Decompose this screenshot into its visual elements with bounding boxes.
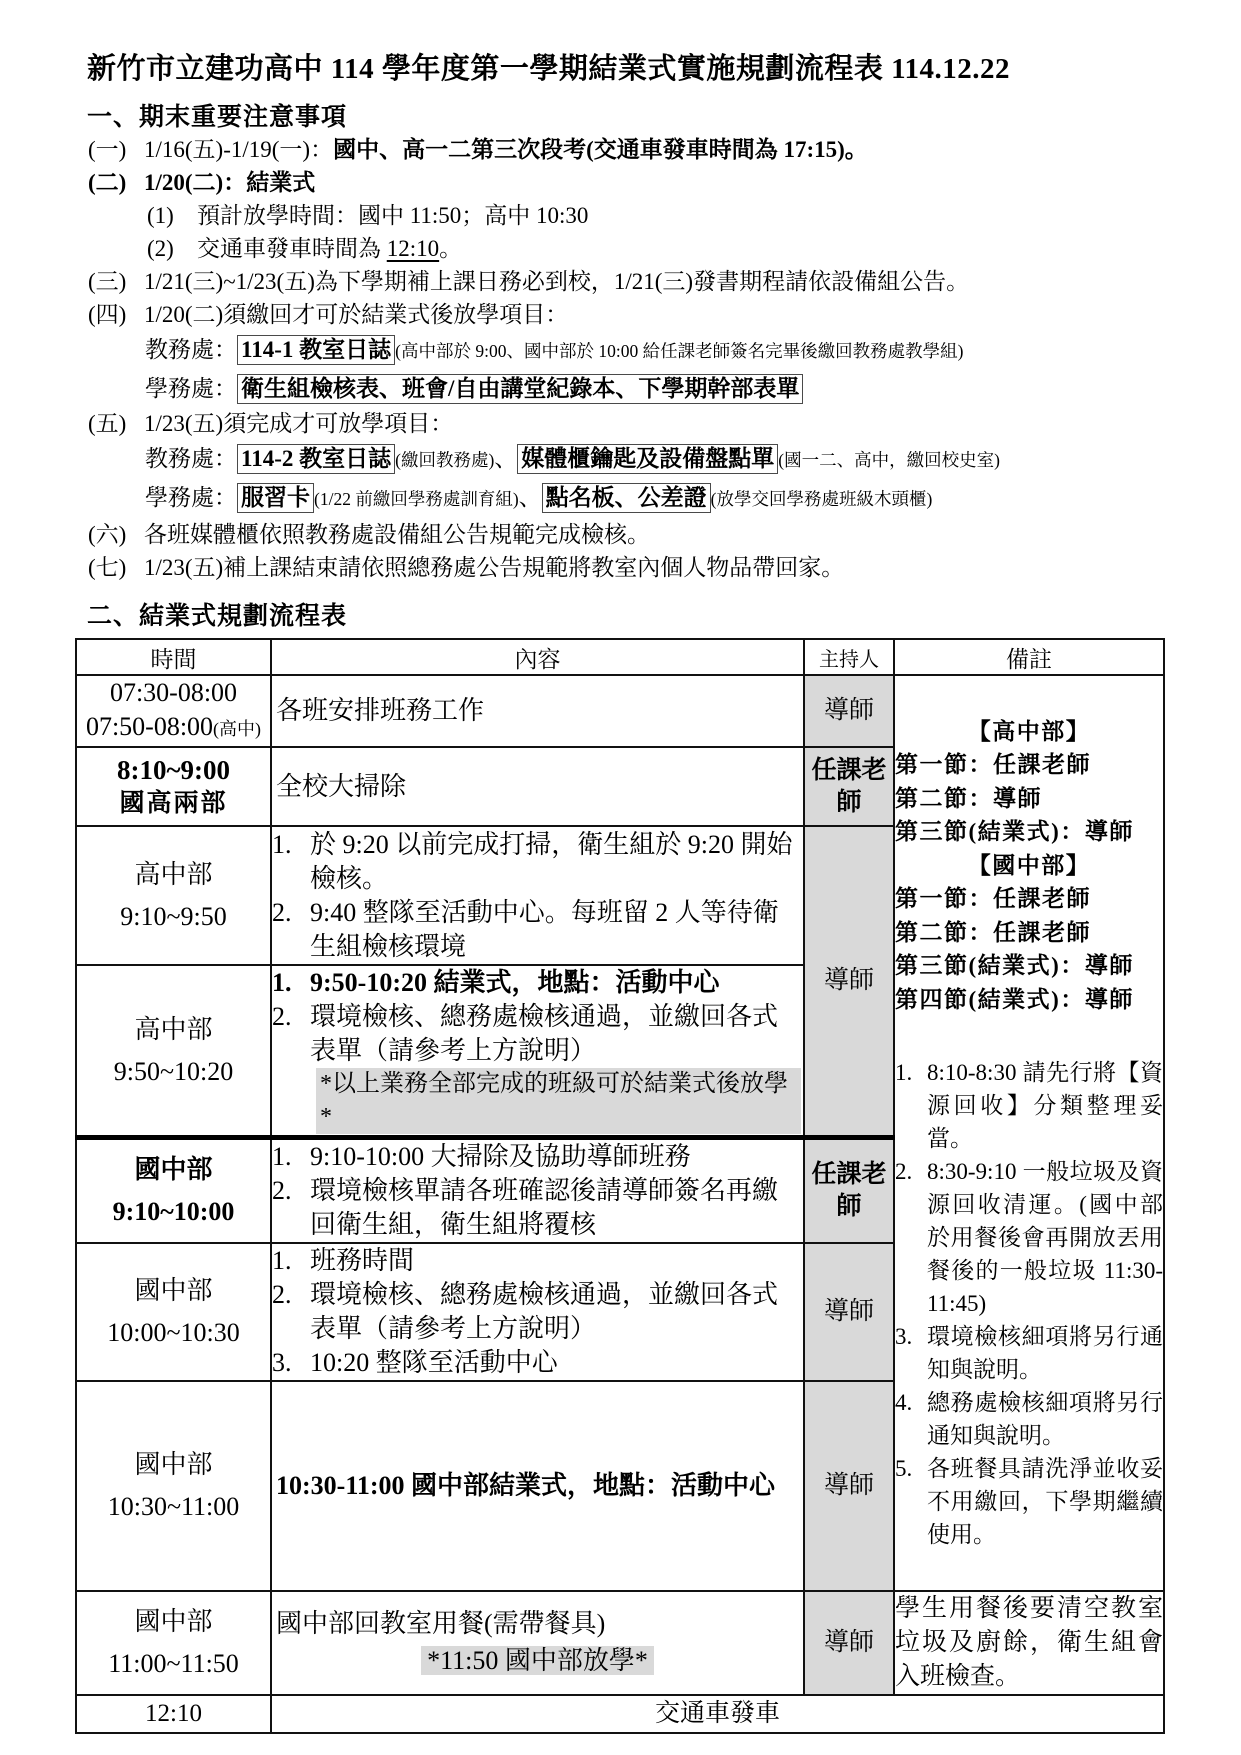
time-line: 國中部 xyxy=(77,1270,270,1312)
dept-label: 教務處： xyxy=(145,446,237,471)
content-text: 國中部回教室用餐(需帶餐具) xyxy=(272,1607,803,1641)
subitem-post: 。 xyxy=(439,236,462,261)
content-numbered-list: 班務時間 環境檢核、總務處檢核通過，並繳回各式表單（請參考上方說明） 10:20… xyxy=(272,1244,803,1380)
note-list-item: 8:30-9:10 一般垃圾及資源回收清運。(國中部於用餐後會再開放丟用餐後的一… xyxy=(895,1155,1163,1320)
note-list-text: 總務處檢核細項將另行通知與說明。 xyxy=(927,1386,1163,1452)
content-list-text: 環境檢核、總務處檢核通過，並繳回各式表單（請參考上方說明） xyxy=(310,1278,803,1346)
notice-date: 1/16(五)-1/19(一)： xyxy=(144,137,333,162)
highlight-note-wrap: *11:50 國中部放學* xyxy=(272,1643,803,1679)
note-section-header: 【國中部】 xyxy=(895,849,1163,883)
table-row-8: 國中部 11:00~11:50 國中部回教室用餐(需帶餐具) *11:50 國中… xyxy=(76,1591,1164,1695)
note-list-text: 8:30-9:10 一般垃圾及資源回收清運。(國中部於用餐後會再開放丟用餐後的一… xyxy=(927,1155,1163,1320)
content-cell: 9:50-10:20 結業式，地點：活動中心 環境檢核、總務處檢核通過，並繳回各… xyxy=(271,965,804,1138)
host-cell: 導師 xyxy=(804,1381,894,1591)
content-list-text: 9:50-10:20 結業式，地點：活動中心 xyxy=(310,966,719,1000)
table-row-9: 12:10 交通車發車 xyxy=(76,1695,1164,1733)
time-cell: 國中部 9:10~10:00 xyxy=(76,1138,271,1244)
content-list-text: 10:20 整隊至活動中心 xyxy=(310,1346,558,1380)
dept-line-student-2: 學務處：服習卡(1/22 前繳回學務處訓育組)、點名板、公差證(放學交回學務處班… xyxy=(75,479,1163,518)
note-list-item: 各班餐具請洗淨並收妥不用繳回，下學期繼續使用。 xyxy=(895,1452,1163,1551)
document-title: 新竹市立建功高中 114 學年度第一學期結業式實施規劃流程表 114.12.22 xyxy=(75,46,1163,87)
note-line: 第三節(結業式)：導師 xyxy=(895,815,1163,849)
time-cell: 高中部 9:50~10:20 xyxy=(76,965,271,1138)
small-note: (國一二、高中，繳回校史室) xyxy=(778,450,1000,470)
highlight-note: *11:50 國中部放學* xyxy=(421,1646,654,1675)
content-numbered-list: 9:10-10:00 大掃除及協助導師班務 環境檢核單請各班確認後請導師簽名再繳… xyxy=(272,1140,803,1242)
notice-text: 1/20(二)須繳回才可於結業式後放學項目： xyxy=(144,298,1163,331)
notice-marker: (七) xyxy=(88,551,144,584)
subitem-text: 交通車發車時間為 12:10。 xyxy=(197,232,462,265)
content-cell: 國中部回教室用餐(需帶餐具) *11:50 國中部放學* xyxy=(271,1591,804,1695)
note-text: 學生用餐後要清空教室垃圾及廚餘，衛生組會入班檢查。 xyxy=(895,1592,1163,1694)
notice-item-7: (七) 1/23(五)補上課結束請依照總務處公告規範將教室內個人物品帶回家。 xyxy=(75,551,1163,584)
time-cell: 國中部 11:00~11:50 xyxy=(76,1591,271,1695)
table-header-time: 時間 xyxy=(76,639,271,675)
notice-item-3: (三) 1/21(三)~1/23(五)為下學期補上課日務必到校，1/21(三)發… xyxy=(75,265,1163,298)
time-line: 11:00~11:50 xyxy=(77,1643,270,1685)
content-list-item: 環境檢核、總務處檢核通過，並繳回各式表單（請參考上方說明） xyxy=(272,1278,803,1346)
content-text: 全校大掃除 xyxy=(272,770,803,804)
notice-text: 各班媒體櫃依照教務處設備組公告規範完成檢核。 xyxy=(144,518,1163,551)
notice-item-6: (六) 各班媒體櫃依照教務處設備組公告規範完成檢核。 xyxy=(75,518,1163,551)
time-line: 國中部 xyxy=(77,1444,270,1486)
content-text: 交通車發車 xyxy=(272,1697,1163,1731)
content-cell: 於 9:20 以前完成打掃，衛生組於 9:20 開始檢核。 9:40 整隊至活動… xyxy=(271,826,804,965)
content-list-text: 環境檢核單請各班確認後請導師簽名再繳回衛生組，衛生組將覆核 xyxy=(310,1174,803,1242)
note-cell: 學生用餐後要清空教室垃圾及廚餘，衛生組會入班檢查。 xyxy=(894,1591,1164,1695)
time-cell: 高中部 9:10~9:50 xyxy=(76,826,271,965)
small-note: (繳回教務處) xyxy=(395,450,494,470)
time-line: 國中部 xyxy=(77,1149,270,1191)
content-text: 各班安排班務工作 xyxy=(272,694,803,728)
notice-item-2: (二) 1/20(二)：結業式 xyxy=(75,166,1163,199)
note-line: 第一節：任課老師 xyxy=(895,882,1163,916)
time-line: 8:10~9:00 xyxy=(77,753,270,787)
time-cell: 12:10 xyxy=(76,1695,271,1733)
time-line: 10:00~10:30 xyxy=(77,1312,270,1354)
table-row-1: 07:30-08:00 07:50-08:00(高中) 各班安排班務工作 導師 … xyxy=(76,675,1164,747)
note-section-header: 【高中部】 xyxy=(895,715,1163,749)
content-list-text: 環境檢核、總務處檢核通過，並繳回各式表單（請參考上方說明） xyxy=(310,1000,803,1068)
note-list-text: 各班餐具請洗淨並收妥不用繳回，下學期繼續使用。 xyxy=(927,1452,1163,1551)
time-line: 9:10~9:50 xyxy=(77,896,270,938)
note-list-text: 環境檢核細項將另行通知與說明。 xyxy=(927,1320,1163,1386)
time-text: 07:50-08:00 xyxy=(86,712,213,741)
content-list-item: 9:50-10:20 結業式，地點：活動中心 xyxy=(272,966,803,1000)
boxed-item: 服習卡 xyxy=(237,483,314,513)
note-line: 第一節：任課老師 xyxy=(895,748,1163,782)
host-cell: 任課老師 xyxy=(804,747,894,826)
small-note: (放學交回學務處班級木頭櫃) xyxy=(711,489,933,509)
content-cell: 10:30-11:00 國中部結業式，地點：活動中心 xyxy=(271,1381,804,1591)
notice-marker: (五) xyxy=(88,407,144,440)
table-header-row: 時間 內容 主持人 備註 xyxy=(76,639,1164,675)
dept-line-academic-1: 教務處：114-1 教室日誌(高中部於 9:00、國中部於 10:00 給任課老… xyxy=(75,331,1163,370)
notice-bold-text: 國中、高一二第三次段考(交通車發車時間為 17:15)。 xyxy=(333,137,868,162)
host-cell: 任課老師 xyxy=(804,1138,894,1244)
table-header-content: 內容 xyxy=(271,639,804,675)
dept-label: 教務處： xyxy=(145,337,237,362)
notice-subitem-1: (1) 預計放學時間：國中 11:50；高中 10:30 xyxy=(75,199,1163,232)
content-list-text: 班務時間 xyxy=(310,1244,414,1278)
separator: 、 xyxy=(494,446,517,471)
host-cell: 導師 xyxy=(804,675,894,747)
content-list-item: 10:20 整隊至活動中心 xyxy=(272,1346,803,1380)
separator: 、 xyxy=(519,485,542,510)
content-cell: 班務時間 環境檢核、總務處檢核通過，並繳回各式表單（請參考上方說明） 10:20… xyxy=(271,1243,804,1381)
time-cell: 國中部 10:00~10:30 xyxy=(76,1243,271,1381)
content-list-item: 環境檢核單請各班確認後請導師簽名再繳回衛生組，衛生組將覆核 xyxy=(272,1174,803,1242)
time-line: 07:50-08:00(高中) xyxy=(77,710,270,746)
note-line: 第四節(結業式)：導師 xyxy=(895,983,1163,1017)
content-cell: 全校大掃除 xyxy=(271,747,804,826)
note-line: 第三節(結業式)：導師 xyxy=(895,949,1163,983)
notice-text: 1/16(五)-1/19(一)：國中、高一二第三次段考(交通車發車時間為 17:… xyxy=(144,133,1163,166)
host-cell: 導師 xyxy=(804,1243,894,1381)
content-cell: 各班安排班務工作 xyxy=(271,675,804,747)
note-numbered-list: 8:10-8:30 請先行將【資源回收】分類整理妥當。 8:30-9:10 一般… xyxy=(895,1056,1163,1551)
subitem-marker: (2) xyxy=(147,232,197,265)
note-list-item: 環境檢核細項將另行通知與說明。 xyxy=(895,1320,1163,1386)
notice-subitem-2: (2) 交通車發車時間為 12:10。 xyxy=(75,232,1163,265)
notice-text: 1/23(五)須完成才可放學項目： xyxy=(144,407,1163,440)
section2-heading: 二、結業式規劃流程表 xyxy=(75,596,1163,632)
time-cell: 07:30-08:00 07:50-08:00(高中) xyxy=(76,675,271,747)
underlined-time: 12:10 xyxy=(387,236,439,261)
dept-label: 學務處： xyxy=(145,376,237,401)
notice-marker: (六) xyxy=(88,518,144,551)
dept-label: 學務處： xyxy=(145,485,237,510)
small-note: (1/22 前繳回學務處訓育組) xyxy=(314,489,519,509)
time-line: 9:10~10:00 xyxy=(77,1191,270,1233)
document-page: 新竹市立建功高中 114 學年度第一學期結業式實施規劃流程表 114.12.22… xyxy=(0,0,1241,1755)
time-line: 07:30-08:00 xyxy=(77,676,270,710)
host-cell: 導師 xyxy=(804,1591,894,1695)
notice-marker: (二) xyxy=(88,166,144,199)
time-cell: 8:10~9:00 國高兩部 xyxy=(76,747,271,826)
content-numbered-list: 9:50-10:20 結業式，地點：活動中心 環境檢核、總務處檢核通過，並繳回各… xyxy=(272,966,803,1068)
note-line: 第二節：導師 xyxy=(895,782,1163,816)
content-numbered-list: 於 9:20 以前完成打掃，衛生組於 9:20 開始檢核。 9:40 整隊至活動… xyxy=(272,828,803,964)
note-list-item: 8:10-8:30 請先行將【資源回收】分類整理妥當。 xyxy=(895,1056,1163,1155)
section1-heading: 一、期末重要注意事項 xyxy=(75,97,1163,133)
time-line: 9:50~10:20 xyxy=(77,1051,270,1093)
note-list-item: 總務處檢核細項將另行通知與說明。 xyxy=(895,1386,1163,1452)
boxed-item: 媒體櫃鑰匙及設備盤點單 xyxy=(517,444,778,474)
content-list-text: 9:10-10:00 大掃除及協助導師班務 xyxy=(310,1140,691,1174)
time-cell: 國中部 10:30~11:00 xyxy=(76,1381,271,1591)
time-qualifier: (高中) xyxy=(213,719,261,739)
content-list-item: 環境檢核、總務處檢核通過，並繳回各式表單（請參考上方說明） xyxy=(272,1000,803,1068)
small-note: (高中部於 9:00、國中部於 10:00 給任課老師簽名完畢後繳回教務處教學組… xyxy=(395,341,963,361)
notice-item-4: (四) 1/20(二)須繳回才可於結業式後放學項目： xyxy=(75,298,1163,331)
content-list-item: 於 9:20 以前完成打掃，衛生組於 9:20 開始檢核。 xyxy=(272,828,803,896)
notice-marker: (三) xyxy=(88,265,144,298)
highlight-note: *以上業務全部完成的班級可於結業式後放學* xyxy=(316,1068,801,1134)
note-cell-merged: 【高中部】 第一節：任課老師 第二節：導師 第三節(結業式)：導師 【國中部】 … xyxy=(894,675,1164,1591)
note-list-text: 8:10-8:30 請先行將【資源回收】分類整理妥當。 xyxy=(927,1056,1163,1155)
notice-item-5: (五) 1/23(五)須完成才可放學項目： xyxy=(75,407,1163,440)
note-spacer xyxy=(895,1016,1163,1048)
content-text: 10:30-11:00 國中部結業式，地點：活動中心 xyxy=(272,1469,803,1503)
content-list-item: 9:40 整隊至活動中心。每班留 2 人等待衛生組檢核環境 xyxy=(272,896,803,964)
content-cell: 9:10-10:00 大掃除及協助導師班務 環境檢核單請各班確認後請導師簽名再繳… xyxy=(271,1138,804,1244)
content-list-text: 9:40 整隊至活動中心。每班留 2 人等待衛生組檢核環境 xyxy=(310,896,803,964)
notice-marker: (一) xyxy=(88,133,144,166)
subitem-text: 預計放學時間：國中 11:50；高中 10:30 xyxy=(197,199,588,232)
boxed-item: 114-2 教室日誌 xyxy=(237,444,395,474)
content-list-item: 班務時間 xyxy=(272,1244,803,1278)
boxed-item: 114-1 教室日誌 xyxy=(237,335,395,365)
content-cell-merged: 交通車發車 xyxy=(271,1695,1164,1733)
content-list-item: 9:10-10:00 大掃除及協助導師班務 xyxy=(272,1140,803,1174)
dept-line-student-1: 學務處：衛生組檢核表、班會/自由講堂紀錄本、下學期幹部表單 xyxy=(75,370,1163,407)
notice-marker: (四) xyxy=(88,298,144,331)
note-line: 第二節：任課老師 xyxy=(895,916,1163,950)
subitem-pre: 交通車發車時間為 xyxy=(197,236,387,261)
time-line: 國高兩部 xyxy=(77,787,270,821)
host-cell-merged: 導師 xyxy=(804,826,894,1138)
notice-text: 1/23(五)補上課結束請依照總務處公告規範將教室內個人物品帶回家。 xyxy=(144,551,1163,584)
notice-item-1: (一) 1/16(五)-1/19(一)：國中、高一二第三次段考(交通車發車時間為… xyxy=(75,133,1163,166)
table-header-note: 備註 xyxy=(894,639,1164,675)
time-line: 10:30~11:00 xyxy=(77,1486,270,1528)
subitem-marker: (1) xyxy=(147,199,197,232)
dept-line-academic-2: 教務處：114-2 教室日誌(繳回教務處)、媒體櫃鑰匙及設備盤點單(國一二、高中… xyxy=(75,440,1163,479)
time-line: 高中部 xyxy=(77,1009,270,1051)
boxed-item: 點名板、公差證 xyxy=(542,483,711,513)
notice-text: 1/21(三)~1/23(五)為下學期補上課日務必到校，1/21(三)發書期程請… xyxy=(144,265,1163,298)
table-header-host: 主持人 xyxy=(804,639,894,675)
content-list-text: 於 9:20 以前完成打掃，衛生組於 9:20 開始檢核。 xyxy=(310,828,803,896)
schedule-table: 時間 內容 主持人 備註 07:30-08:00 07:50-08:00(高中)… xyxy=(75,638,1165,1734)
time-line: 高中部 xyxy=(77,854,270,896)
time-line: 國中部 xyxy=(77,1601,270,1643)
notice-bold-text: 1/20(二)：結業式 xyxy=(144,166,1163,199)
boxed-item: 衛生組檢核表、班會/自由講堂紀錄本、下學期幹部表單 xyxy=(237,374,803,404)
